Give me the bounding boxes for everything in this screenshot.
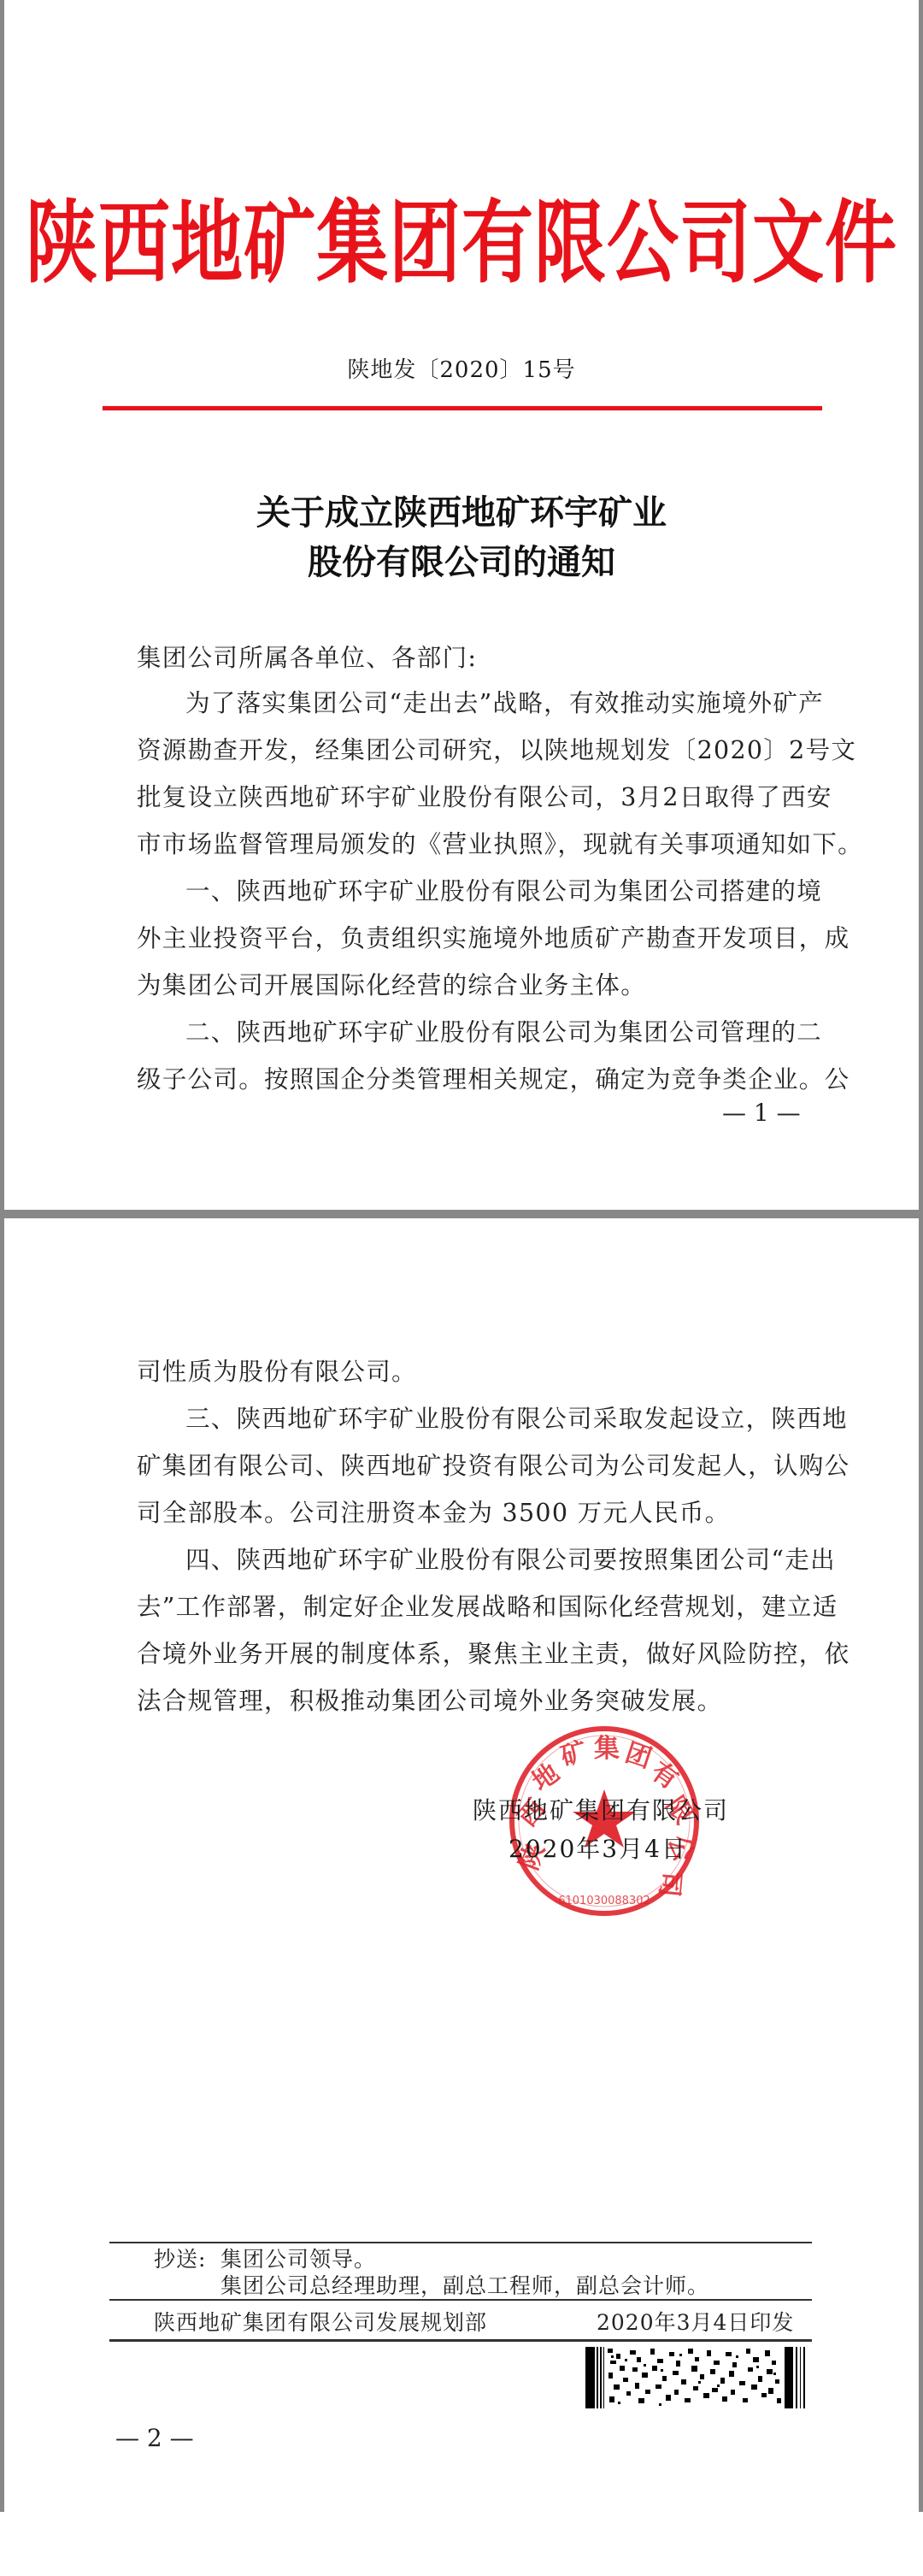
page-1: 陕西地矿集团有限公司文件 陕地发〔2020〕15号 关于成立陕西地矿环宇矿业 股… bbox=[4, 0, 919, 1210]
salutation: 集团公司所属各单位、各部门: bbox=[137, 641, 873, 675]
body-line: 去”工作部署，制定好企业发展战略和国际化经营规划，建立适 bbox=[137, 1590, 873, 1624]
cc-recipient-1: 集团公司领导。 bbox=[220, 2247, 376, 2272]
pdf417-barcode-icon bbox=[585, 2347, 808, 2408]
body-line: 为了落实集团公司“走出去”战略，有效推动实施境外矿产 bbox=[185, 687, 873, 721]
footer-rule-top bbox=[109, 2242, 812, 2243]
svg-text:矿: 矿 bbox=[558, 1736, 591, 1772]
body-line: 外主业投资平台，负责组织实施境外地质矿产勘查开发项目，成 bbox=[137, 922, 873, 956]
body-line: 市市场监督管理局颁发的《营业执照》，现就有关事项通知如下。 bbox=[137, 828, 873, 862]
document-viewer[interactable]: 陕西地矿集团有限公司文件 陕地发〔2020〕15号 关于成立陕西地矿环宇矿业 股… bbox=[0, 0, 923, 2512]
page-2: 司性质为股份有限公司。 三、陕西地矿环宇矿业股份有限公司采取发起设立，陕西地 矿… bbox=[4, 1218, 919, 2512]
body-line: 四、陕西地矿环宇矿业股份有限公司要按照集团公司“走出 bbox=[185, 1543, 873, 1577]
body-line: 为集团公司开展国际化经营的综合业务主体。 bbox=[137, 969, 873, 1003]
svg-text:6101030088302: 6101030088302 bbox=[558, 1895, 650, 1907]
document-number: 陕地发〔2020〕15号 bbox=[4, 357, 919, 383]
cc-recipient-2: 集团公司总经理助理，副总工程师，副总会计师。 bbox=[220, 2273, 709, 2299]
red-divider-line bbox=[103, 406, 822, 410]
body-line: 资源勘查开发，经集团公司研究，以陕地规划发〔2020〕2号文 bbox=[137, 734, 873, 768]
svg-text:团: 团 bbox=[621, 1738, 655, 1775]
page-number-2: — 2 — bbox=[115, 2424, 194, 2453]
issue-date: 2020年3月4日印发 bbox=[597, 2310, 794, 2336]
document-title-line-2: 股份有限公司的通知 bbox=[4, 537, 919, 588]
body-line: 司性质为股份有限公司。 bbox=[137, 1355, 873, 1389]
signature-date: 2020年3月4日 bbox=[509, 1834, 687, 1865]
body-line: 级子公司。按照国企分类管理相关规定，确定为竞争类企业。公 bbox=[137, 1063, 873, 1097]
document-title-line-1: 关于成立陕西地矿环宇矿业 bbox=[4, 487, 919, 539]
document-masthead: 陕西地矿集团有限公司文件 bbox=[4, 195, 919, 292]
body-line: 批复设立陕西地矿环宇矿业股份有限公司，3月2日取得了西安 bbox=[137, 781, 873, 815]
signature-organization: 陕西地矿集团有限公司 bbox=[473, 1795, 729, 1826]
body-line: 司全部股本。公司注册资本金为 3500 万元人民币。 bbox=[137, 1496, 873, 1530]
issuing-department: 陕西地矿集团有限公司发展规划部 bbox=[154, 2310, 487, 2336]
body-line: 合境外业务开展的制度体系，聚焦主业主责，做好风险防控，依 bbox=[137, 1637, 873, 1671]
body-line: 三、陕西地矿环宇矿业股份有限公司采取发起设立，陕西地 bbox=[185, 1402, 873, 1436]
cc-label: 抄送: bbox=[154, 2247, 206, 2272]
footer-rule-middle bbox=[109, 2299, 812, 2301]
body-line: 法合规管理，积极推动集团公司境外业务突破发展。 bbox=[137, 1684, 873, 1718]
svg-text:司: 司 bbox=[654, 1870, 685, 1898]
body-line: 矿集团有限公司、陕西地矿投资有限公司为公司发起人，认购公 bbox=[137, 1449, 873, 1483]
svg-text:集: 集 bbox=[594, 1734, 620, 1764]
footer-rule-bottom bbox=[109, 2339, 812, 2342]
body-line: 二、陕西地矿环宇矿业股份有限公司为集团公司管理的二 bbox=[185, 1016, 873, 1050]
body-line: 一、陕西地矿环宇矿业股份有限公司为集团公司搭建的境 bbox=[185, 875, 873, 909]
page-number-1: — 1 — bbox=[722, 1099, 801, 1128]
